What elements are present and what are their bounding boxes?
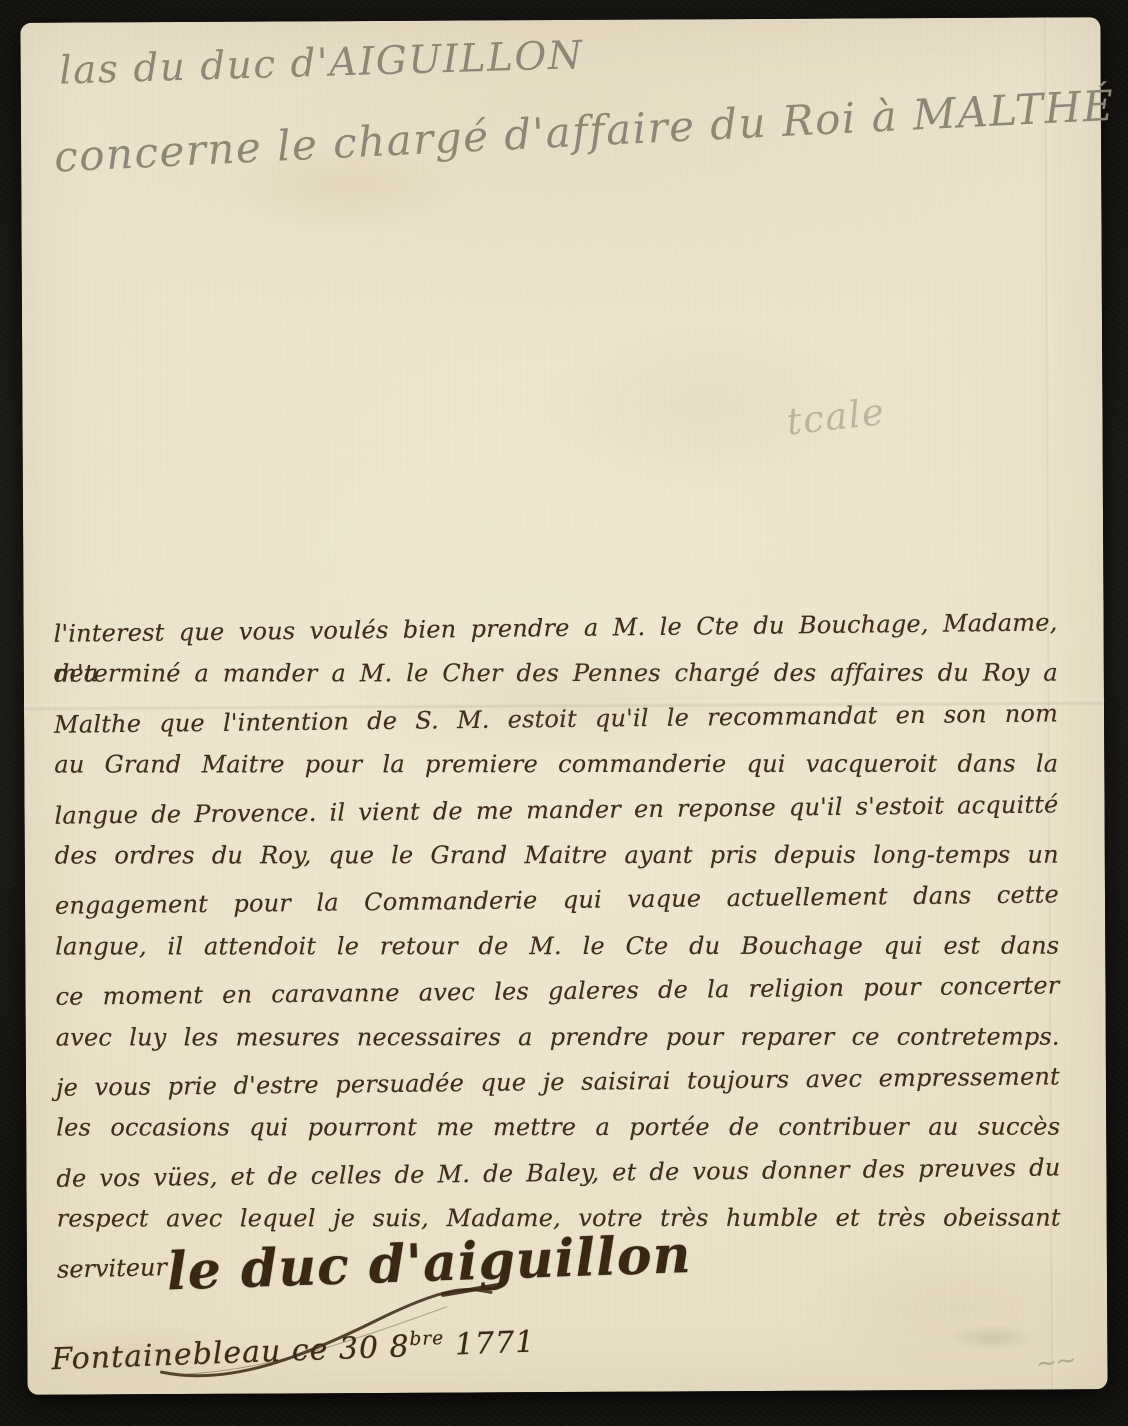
photo-background-felt: las du duc d'AIGUILLON concerne le charg… [0, 0, 1128, 1426]
letter-line: avec luy les mesures necessaires a prend… [56, 1016, 1060, 1062]
letter-line: des ordres du Roy, que le Grand Maitre a… [55, 835, 1059, 881]
letter-line: langue de Provence. il vient de me mande… [54, 784, 1058, 841]
letter-line: au Grand Maitre pour la premiere command… [54, 744, 1058, 790]
letter-line: les occasions qui pourront me mettre a p… [56, 1107, 1060, 1153]
letter-line: l'interest que vous voulés bien prendre … [53, 602, 1057, 659]
letter-line: ce moment en caravanne avec les galeres … [55, 965, 1059, 1022]
dateline-month-superscript: bre [409, 1328, 445, 1350]
letter-body: l'interest que vous voulés bien prendre … [53, 605, 1060, 1246]
letter-line: engagement pour la Commanderie qui vaque… [55, 875, 1059, 932]
letter-line: Malthe que l'intention de S. M. estoit q… [54, 693, 1058, 750]
pencil-annotation-line-1: las du duc d'AIGUILLON [59, 33, 585, 94]
dateline-year: 1771 [444, 1325, 536, 1363]
letter-line: de vos vües, et de celles de M. de Baley… [56, 1147, 1060, 1204]
pencil-smudge-mark: ~~ [1034, 1345, 1077, 1380]
letter-page: las du duc d'AIGUILLON concerne le charg… [20, 17, 1107, 1395]
pencil-annotation-line-2: concerne le chargé d'affaire du Roi à MA… [53, 81, 1116, 182]
letter-line: je vous prie d'estre persuadée que je sa… [56, 1056, 1060, 1113]
pencil-faint-note: tcale [784, 390, 887, 444]
letter-line: langue, il attendoit le retour de M. le … [55, 925, 1059, 971]
letter-line: determiné a mander a M. le Cher des Penn… [54, 653, 1058, 699]
